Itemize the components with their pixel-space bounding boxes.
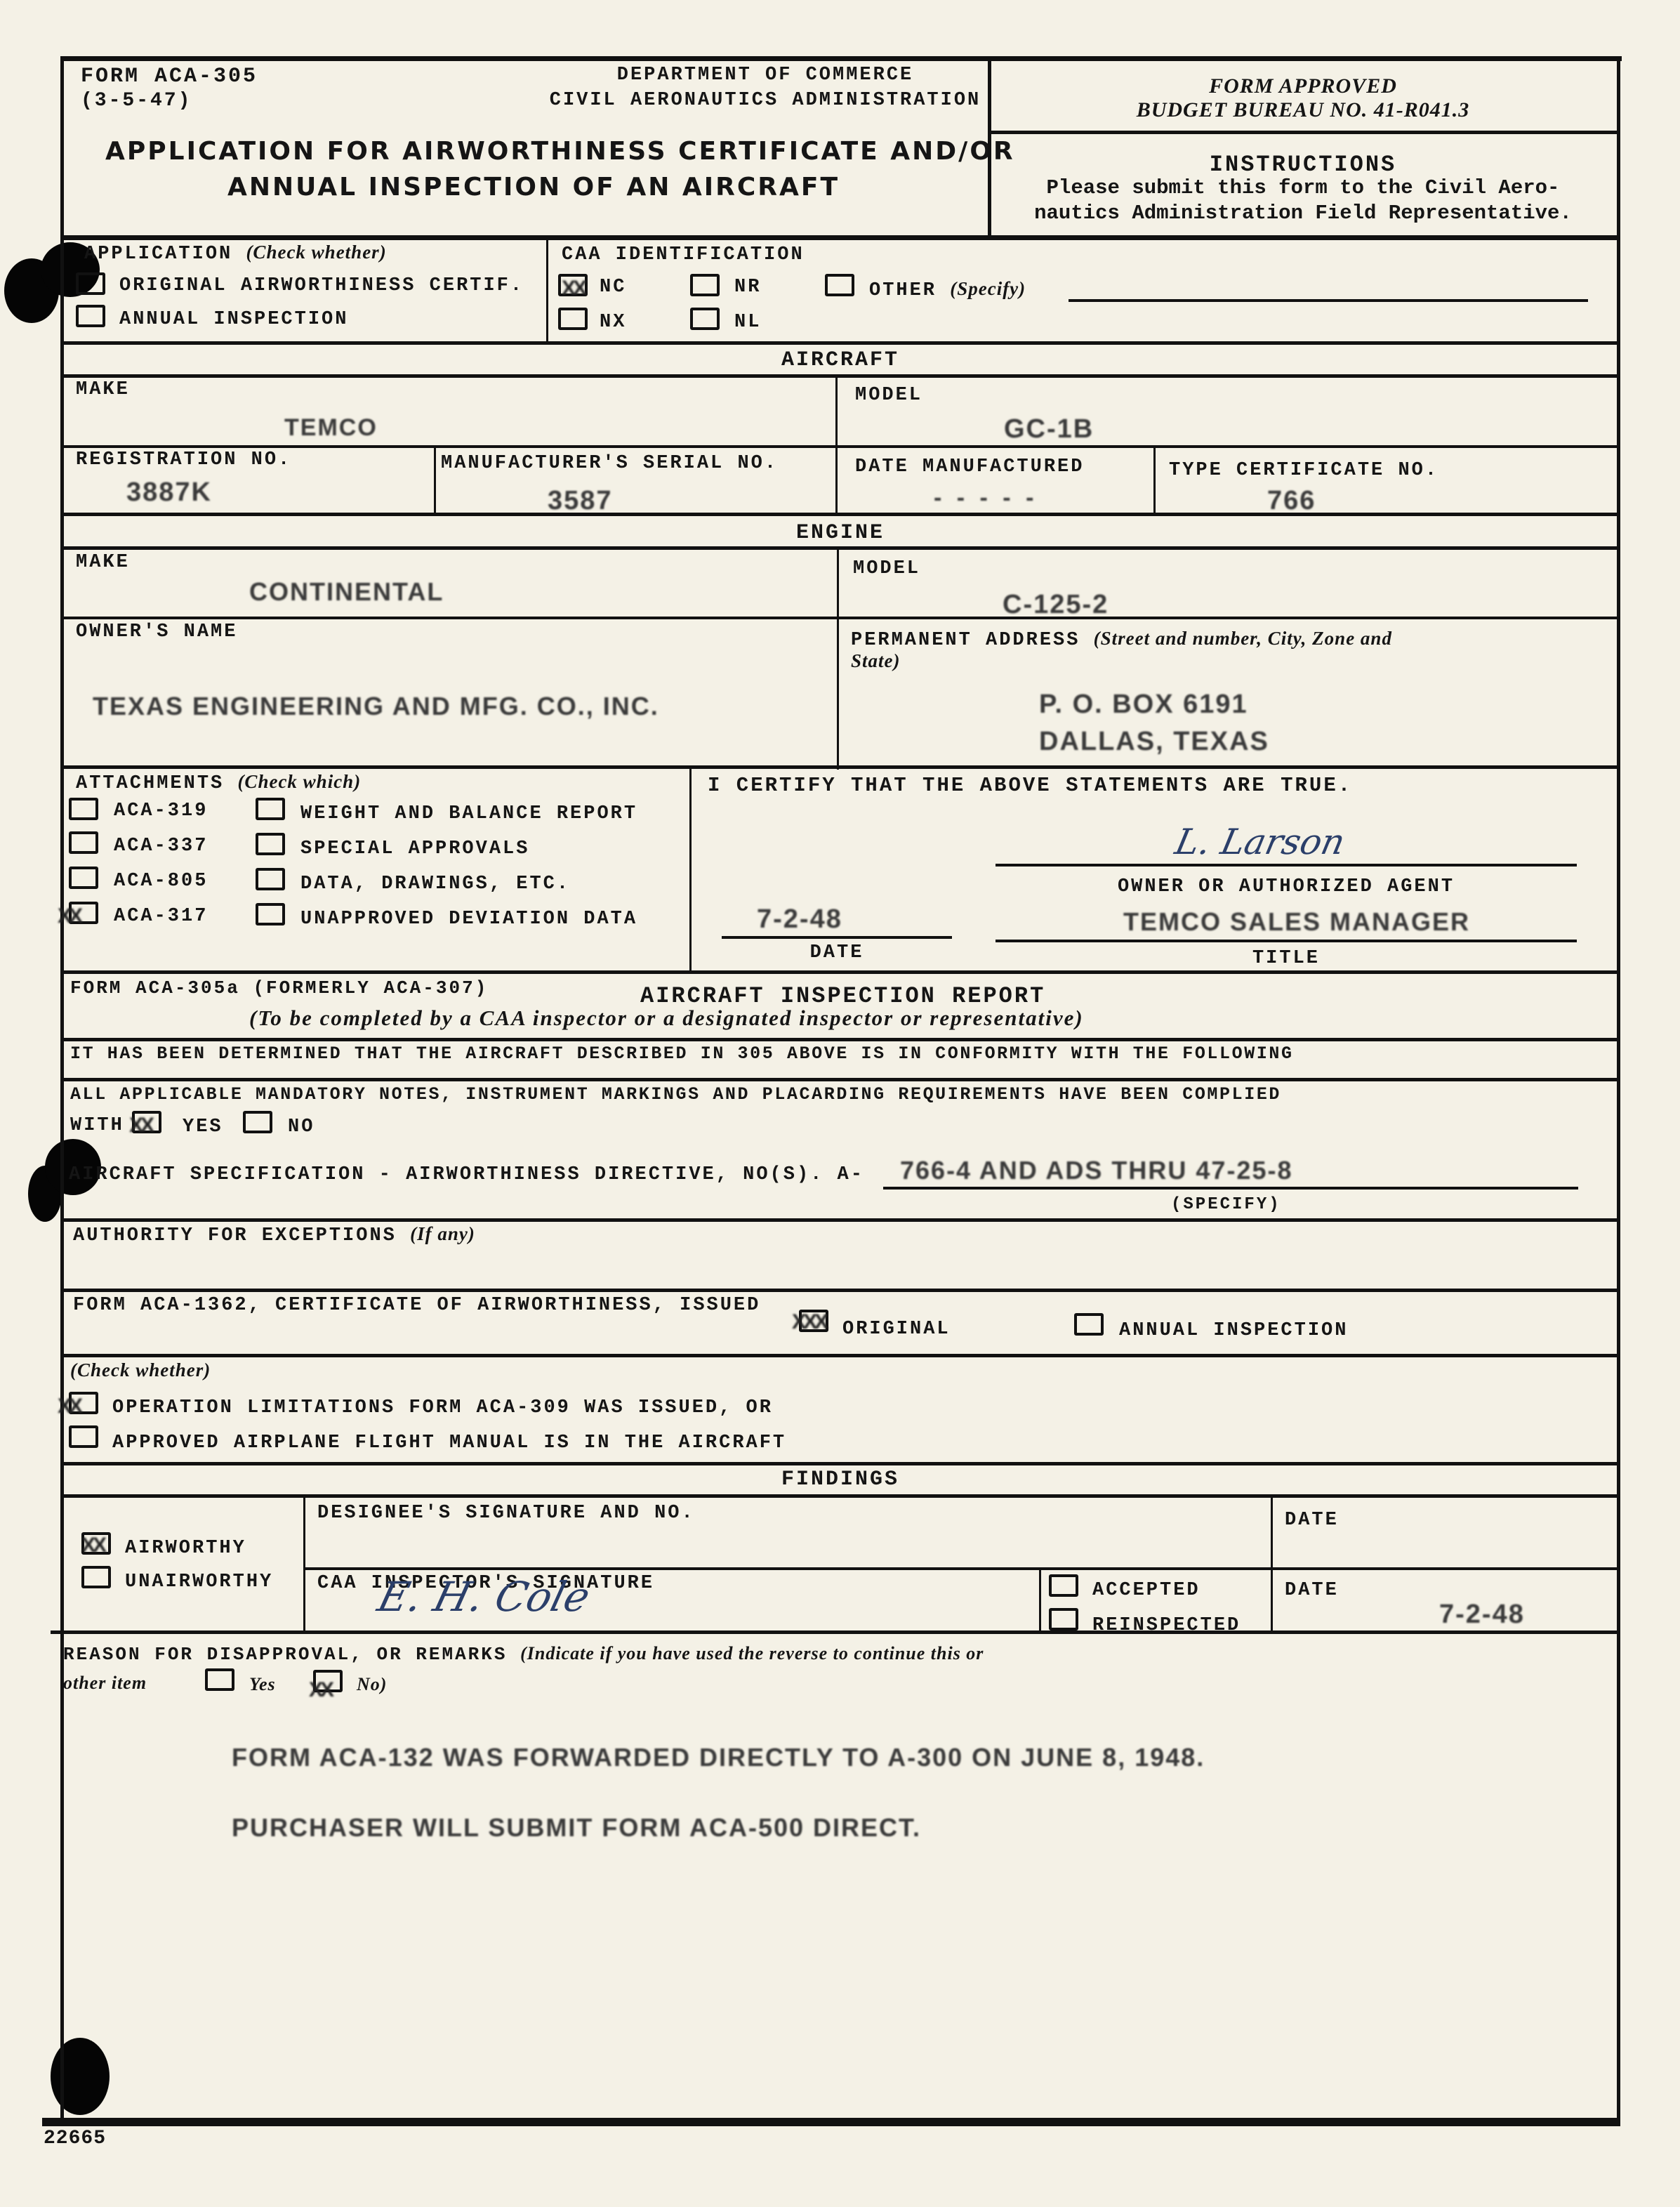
spec-line bbox=[883, 1187, 1578, 1190]
frame-top bbox=[60, 56, 1622, 61]
mandatory-with: WITH bbox=[70, 1115, 124, 1136]
divider bbox=[60, 1218, 1620, 1222]
designee-signature-label: DESIGNEE'S SIGNATURE AND NO. bbox=[317, 1503, 695, 1524]
checkbox-reverse-yes[interactable] bbox=[205, 1668, 234, 1691]
divider bbox=[835, 374, 838, 515]
frame-bottom bbox=[42, 2118, 1620, 2126]
aircraft-model-field[interactable]: GC-1B bbox=[1004, 414, 1094, 444]
attachment-aca-805: ACA-805 bbox=[114, 871, 208, 892]
checkbox-nl[interactable] bbox=[690, 308, 720, 330]
designee-date-label: DATE bbox=[1285, 1510, 1339, 1531]
form-number: FORM ACA-305 bbox=[81, 65, 258, 88]
divider bbox=[837, 546, 839, 770]
inspection-form-label: FORM ACA-305a (FORMERLY ACA-307) bbox=[70, 977, 488, 999]
checkbox-certificate-annual[interactable] bbox=[1074, 1313, 1104, 1336]
typed-x-mark: XX bbox=[81, 1534, 104, 1557]
divider bbox=[51, 1630, 1620, 1634]
address-line2-field[interactable]: DALLAS, TEXAS bbox=[1039, 727, 1269, 757]
attachments-heading: ATTACHMENTS bbox=[76, 773, 224, 794]
divider bbox=[1039, 1569, 1041, 1633]
checkbox-aca-319[interactable] bbox=[69, 798, 98, 820]
typed-x-mark: XXX bbox=[792, 1310, 826, 1334]
designee-signature-field[interactable] bbox=[317, 1527, 1265, 1562]
inspector-date-field[interactable]: 7-2-48 bbox=[1439, 1600, 1525, 1630]
date-caption: DATE bbox=[722, 942, 952, 963]
divider bbox=[60, 445, 1620, 448]
title-line bbox=[996, 940, 1577, 942]
divider bbox=[303, 1494, 305, 1633]
checkbox-flight-manual[interactable] bbox=[69, 1425, 98, 1448]
certification-statement: I CERTIFY THAT THE ABOVE STATEMENTS ARE … bbox=[708, 774, 1352, 797]
checkbox-special-approvals[interactable] bbox=[256, 833, 285, 855]
approval-divider bbox=[988, 131, 1620, 134]
owner-name-field[interactable]: TEXAS ENGINEERING AND MFG. CO., INC. bbox=[93, 692, 659, 721]
remarks-heading: REASON FOR DISAPPROVAL, OR REMARKS bbox=[63, 1644, 508, 1665]
address-hint-state: State) bbox=[851, 650, 901, 672]
date-line bbox=[722, 936, 952, 939]
checkbox-other[interactable] bbox=[825, 274, 854, 296]
instructions-heading: INSTRUCTIONS bbox=[991, 152, 1615, 178]
attachment-deviation-data: UNAPPROVED DEVIATION DATA bbox=[300, 909, 637, 930]
engine-section-title: ENGINE bbox=[60, 521, 1620, 545]
findings-section-title: FINDINGS bbox=[60, 1468, 1620, 1491]
checkbox-original-certif[interactable] bbox=[76, 272, 105, 295]
typed-x-mark: XX bbox=[129, 1114, 152, 1138]
remarks-line-2[interactable]: PURCHASER WILL SUBMIT FORM ACA-500 DIREC… bbox=[232, 1813, 921, 1843]
typed-x-mark: XX bbox=[58, 1395, 80, 1418]
option-other: OTHER (Specify) bbox=[869, 278, 1026, 301]
divider bbox=[60, 617, 1620, 619]
formerly-aca-307: (FORMERLY ACA-307) bbox=[253, 977, 488, 999]
title-caption: TITLE bbox=[996, 948, 1577, 969]
accepted-label: ACCEPTED bbox=[1092, 1580, 1201, 1601]
checkbox-reinspected[interactable] bbox=[1049, 1608, 1078, 1630]
application-label: APPLICATION (Check whether) bbox=[84, 242, 387, 265]
address-label: PERMANENT ADDRESS (Street and number, Ci… bbox=[851, 628, 1392, 651]
signature-line bbox=[996, 864, 1577, 867]
exceptions-label: AUTHORITY FOR EXCEPTIONS (If any) bbox=[73, 1223, 475, 1246]
checkbox-weight-balance[interactable] bbox=[256, 798, 285, 820]
airworthy-label: AIRWORTHY bbox=[125, 1538, 246, 1559]
option-nr: NR bbox=[734, 277, 761, 298]
approval-line1: FORM APPROVED bbox=[991, 74, 1615, 98]
exceptions-field[interactable] bbox=[70, 1250, 1608, 1285]
divider bbox=[60, 341, 1620, 345]
attachments-hint: (Check which) bbox=[237, 771, 361, 792]
mandatory-no-label: NO bbox=[288, 1116, 315, 1138]
divider bbox=[60, 374, 1620, 378]
form-date: (3-5-47) bbox=[81, 90, 192, 112]
application-heading: APPLICATION bbox=[84, 244, 232, 265]
approval-line2: BUDGET BUREAU NO. 41-R041.3 bbox=[991, 98, 1615, 122]
document-number: 22665 bbox=[44, 2128, 106, 2149]
option-nl: NL bbox=[734, 312, 761, 333]
designee-date-field[interactable] bbox=[1285, 1531, 1608, 1562]
attachment-data-drawings: DATA, DRAWINGS, ETC. bbox=[300, 874, 570, 895]
checkbox-nr[interactable] bbox=[690, 274, 720, 296]
aircraft-spec-label: AIRCRAFT SPECIFICATION - AIRWORTHINESS D… bbox=[69, 1164, 864, 1185]
other-hint: (Specify) bbox=[950, 278, 1026, 299]
date-manufactured-label: DATE MANUFACTURED bbox=[855, 456, 1084, 477]
instructions-line1: Please submit this form to the Civil Aer… bbox=[991, 176, 1615, 201]
engine-model-label: MODEL bbox=[853, 558, 920, 579]
application-hint: (Check whether) bbox=[246, 242, 386, 263]
exceptions-heading: AUTHORITY FOR EXCEPTIONS bbox=[73, 1225, 397, 1246]
checkbox-aca-337[interactable] bbox=[69, 831, 98, 854]
divider bbox=[303, 1567, 1620, 1570]
inspection-report-subtitle: (To be completed by a CAA inspector or a… bbox=[249, 1006, 1084, 1031]
owner-signature[interactable]: L. Larson bbox=[1172, 822, 1349, 862]
certificate-original-label: ORIGINAL bbox=[842, 1319, 951, 1340]
typed-x-mark: XX bbox=[309, 1678, 331, 1702]
checkbox-unairworthy[interactable] bbox=[81, 1566, 111, 1588]
owner-name-label: OWNER'S NAME bbox=[76, 621, 237, 643]
inspector-signature[interactable]: E. H. Cole bbox=[373, 1573, 595, 1621]
option-nx: NX bbox=[600, 312, 626, 333]
engine-model-field[interactable]: C-125-2 bbox=[1003, 590, 1109, 620]
divider bbox=[60, 1038, 1620, 1041]
agent-title-field[interactable]: TEMCO SALES MANAGER bbox=[1123, 907, 1470, 937]
reverse-yes-label: Yes bbox=[249, 1674, 276, 1695]
divider bbox=[1271, 1494, 1273, 1633]
certificate-issued-label: FORM ACA-1362, CERTIFICATE OF AIRWORTHIN… bbox=[73, 1295, 760, 1316]
divider bbox=[60, 1354, 1620, 1357]
divider bbox=[60, 1494, 1620, 1498]
divider bbox=[60, 1078, 1620, 1081]
date-manufactured-field[interactable]: - - - - - bbox=[934, 485, 1038, 512]
aircraft-spec-field[interactable]: 766-4 AND ADS THRU 47-25-8 bbox=[900, 1156, 1292, 1185]
attachment-special-approvals: SPECIAL APPROVALS bbox=[300, 838, 529, 859]
divider bbox=[60, 1289, 1620, 1292]
checkbox-data-drawings[interactable] bbox=[256, 868, 285, 890]
divider bbox=[60, 765, 1620, 769]
typed-x-mark: XX bbox=[562, 277, 584, 301]
mandatory-yes-label: YES bbox=[183, 1116, 223, 1138]
engine-make-field[interactable]: CONTINENTAL bbox=[249, 577, 444, 607]
checkbox-mandatory-no[interactable] bbox=[243, 1111, 272, 1133]
aircraft-make-field[interactable]: TEMCO bbox=[284, 414, 378, 442]
administration: CIVIL AERONAUTICS ADMINISTRATION bbox=[548, 90, 983, 111]
operation-limitations-label: OPERATION LIMITATIONS FORM ACA-309 WAS I… bbox=[112, 1397, 773, 1418]
instructions-line2: nautics Administration Field Representat… bbox=[991, 201, 1615, 226]
address-line1-field[interactable]: P. O. BOX 6191 bbox=[1039, 690, 1248, 720]
conformity-statement: IT HAS BEEN DETERMINED THAT THE AIRCRAFT… bbox=[70, 1043, 1294, 1064]
instructions-text: Please submit this form to the Civil Aer… bbox=[991, 176, 1615, 226]
remarks-hint-line2: other item bbox=[63, 1673, 147, 1694]
divider bbox=[60, 513, 1620, 516]
engine-make-label: MAKE bbox=[76, 552, 130, 573]
aircraft-make-label: MAKE bbox=[76, 379, 130, 400]
divider bbox=[546, 237, 548, 343]
attachments-label: ATTACHMENTS (Check which) bbox=[76, 771, 361, 794]
registration-label: REGISTRATION NO. bbox=[76, 449, 291, 470]
checkbox-annual-inspection[interactable] bbox=[76, 305, 105, 327]
mandatory-notes-statement: ALL APPLICABLE MANDATORY NOTES, INSTRUME… bbox=[70, 1084, 1281, 1105]
serial-label: MANUFACTURER'S SERIAL NO. bbox=[441, 453, 778, 474]
option-nc: NC bbox=[600, 277, 626, 298]
registration-field[interactable]: 3887K bbox=[126, 477, 212, 508]
divider bbox=[60, 970, 1620, 974]
address-hint: (Street and number, City, Zone and bbox=[1094, 628, 1392, 649]
divider bbox=[689, 765, 692, 973]
type-certificate-field[interactable]: 766 bbox=[1267, 486, 1316, 516]
other-label: OTHER bbox=[869, 280, 937, 301]
divider bbox=[1153, 447, 1156, 514]
serial-field[interactable]: 3587 bbox=[548, 486, 613, 516]
signature-caption: OWNER OR AUTHORIZED AGENT bbox=[996, 876, 1577, 897]
flight-manual-label: APPROVED AIRPLANE FLIGHT MANUAL IS IN TH… bbox=[112, 1432, 786, 1454]
typed-x-mark: XX bbox=[58, 904, 80, 928]
remarks-hint: (Indicate if you have used the reverse t… bbox=[520, 1643, 984, 1664]
attachment-aca-337: ACA-337 bbox=[114, 836, 208, 857]
caa-id-label: CAA IDENTIFICATION bbox=[562, 244, 805, 265]
spec-caption: (SPECIFY) bbox=[1171, 1195, 1281, 1214]
option-annual-inspection: ANNUAL INSPECTION bbox=[119, 309, 348, 330]
certification-date-field[interactable]: 7-2-48 bbox=[757, 904, 842, 935]
checkbox-nx[interactable] bbox=[558, 308, 588, 330]
divider bbox=[434, 447, 436, 514]
other-specify-field[interactable] bbox=[1069, 299, 1588, 302]
inspector-date-label: DATE bbox=[1285, 1580, 1339, 1601]
aircraft-model-label: MODEL bbox=[855, 385, 922, 406]
unairworthy-label: UNAIRWORTHY bbox=[125, 1572, 273, 1593]
checkbox-aca-805[interactable] bbox=[69, 867, 98, 889]
attachment-aca-319: ACA-319 bbox=[114, 801, 208, 822]
attachment-weight-balance: WEIGHT AND BALANCE REPORT bbox=[300, 803, 637, 824]
punch-hole-bottom bbox=[51, 2038, 110, 2115]
exceptions-hint: (If any) bbox=[410, 1223, 475, 1244]
aircraft-section-title: AIRCRAFT bbox=[60, 348, 1620, 372]
divider bbox=[60, 546, 1620, 550]
address-heading: PERMANENT ADDRESS bbox=[851, 630, 1080, 651]
page-title: APPLICATION FOR AIRWORTHINESS CERTIFICAT… bbox=[105, 137, 962, 166]
remarks-label: REASON FOR DISAPPROVAL, OR REMARKS (Indi… bbox=[63, 1643, 984, 1665]
divider bbox=[60, 1462, 1620, 1465]
form-aca-305a: FORM ACA-305a bbox=[70, 977, 240, 999]
department: DEPARTMENT OF COMMERCE bbox=[548, 65, 983, 86]
type-certificate-label: TYPE CERTIFICATE NO. bbox=[1169, 460, 1438, 481]
remarks-line-1[interactable]: FORM ACA-132 WAS FORWARDED DIRECTLY TO A… bbox=[232, 1743, 1205, 1772]
checkbox-accepted[interactable] bbox=[1049, 1574, 1078, 1597]
certificate-annual-label: ANNUAL INSPECTION bbox=[1119, 1320, 1348, 1341]
attachment-aca-317: ACA-317 bbox=[114, 906, 208, 927]
check-whether-hint: (Check whether) bbox=[70, 1359, 211, 1381]
reverse-no-label: No) bbox=[357, 1674, 387, 1695]
page-subtitle: ANNUAL INSPECTION OF AN AIRCRAFT bbox=[105, 173, 962, 202]
divider bbox=[60, 235, 1620, 240]
checkbox-deviation-data[interactable] bbox=[256, 903, 285, 925]
option-original-certif: ORIGINAL AIRWORTHINESS CERTIF. bbox=[119, 275, 524, 296]
